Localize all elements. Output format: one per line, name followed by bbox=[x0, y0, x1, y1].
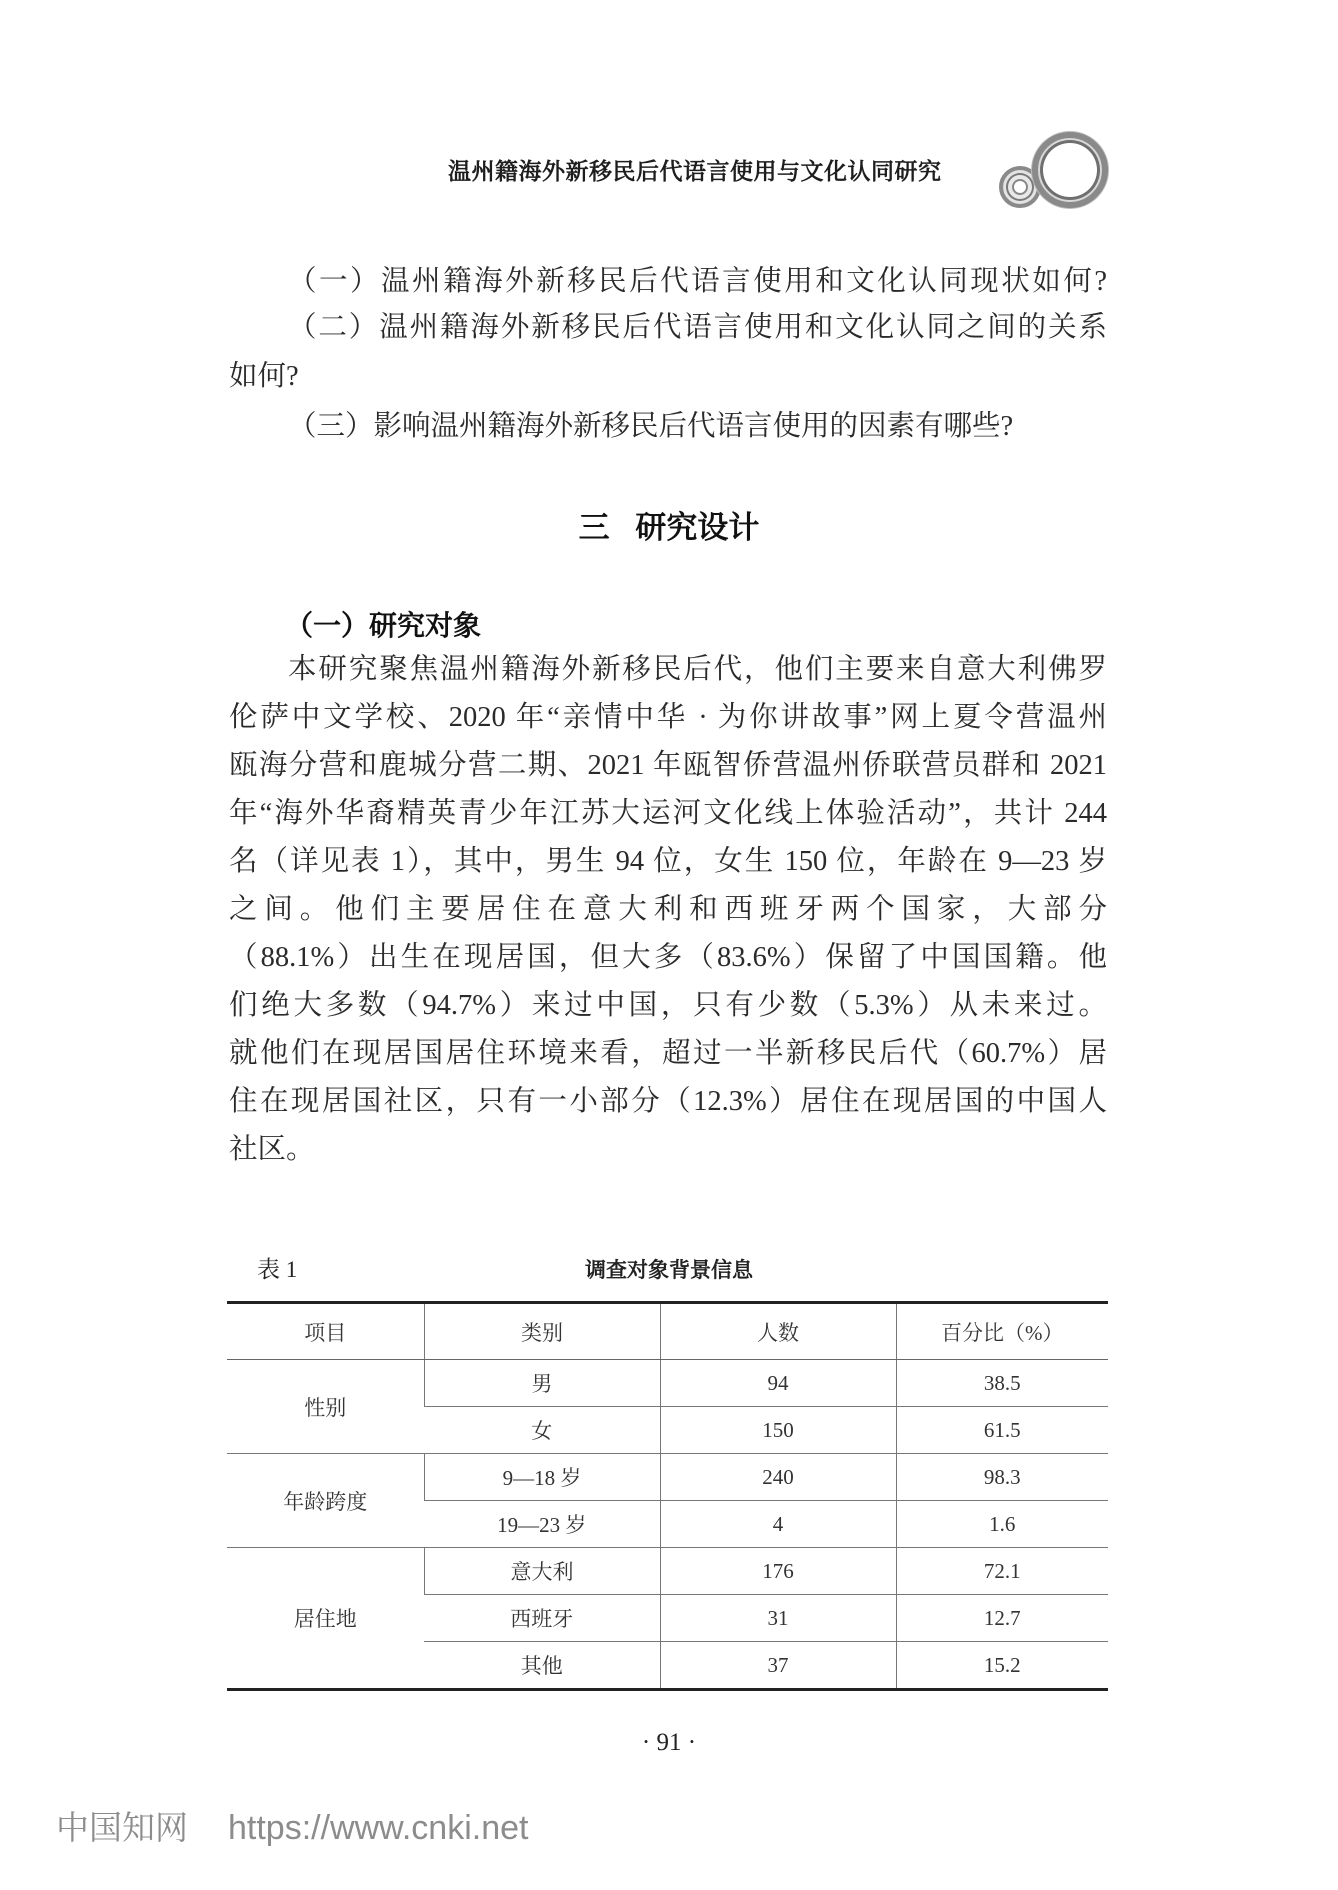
question-2: （二）温州籍海外新移民后代语言使用和文化认同之间的关系 bbox=[288, 308, 1107, 348]
sub-heading: （一）研究对象 bbox=[285, 607, 481, 647]
table-row: 年龄跨度 9—18 岁 240 98.3 bbox=[227, 1454, 1108, 1501]
table-row: 性别 男 94 38.5 bbox=[227, 1360, 1108, 1407]
column-header-category: 类别 bbox=[424, 1303, 660, 1360]
paragraph-line: 名（详见表 1），其中，男生 94 位，女生 150 位，年龄在 9—23 岁 bbox=[229, 842, 1107, 882]
count-cell: 4 bbox=[660, 1501, 896, 1548]
percent-cell: 61.5 bbox=[896, 1407, 1108, 1454]
column-header-item: 项目 bbox=[227, 1303, 424, 1360]
paragraph-line: 就他们在现居国居住环境来看，超过一半新移民后代（60.7%）居 bbox=[229, 1034, 1107, 1074]
watermark: 中国知网https://www.cnki.net bbox=[56, 1807, 528, 1849]
paragraph-line: （88.1%）出生在现居国，但大多（83.6%）保留了中国国籍。他 bbox=[229, 938, 1107, 978]
count-cell: 94 bbox=[660, 1360, 896, 1407]
watermark-url[interactable]: https://www.cnki.net bbox=[228, 1809, 528, 1847]
percent-cell: 72.1 bbox=[896, 1548, 1108, 1595]
count-cell: 31 bbox=[660, 1595, 896, 1642]
running-title: 温州籍海外新移民后代语言使用与文化认同研究 bbox=[448, 154, 942, 190]
section-heading: 三 研究设计 bbox=[0, 506, 1338, 550]
question-3: （三）影响温州籍海外新移民后代语言使用的因素有哪些? bbox=[288, 407, 1107, 447]
percent-cell: 12.7 bbox=[896, 1595, 1108, 1642]
paragraph-line: 年“海外华裔精英青少年江苏大运河文化线上体验活动”，共计 244 bbox=[229, 794, 1107, 834]
count-cell: 37 bbox=[660, 1642, 896, 1690]
paragraph-line: 伦萨中文学校、2020 年“亲情中华 · 为你讲故事”网上夏令营温州 bbox=[229, 698, 1107, 738]
paragraph-line: 社区。 bbox=[229, 1130, 1107, 1170]
paragraph-line: 之间。他们主要居住在意大利和西班牙两个国家，大部分 bbox=[229, 890, 1107, 930]
background-info-table: 项目 类别 人数 百分比（%） 性别 男 94 38.5 女 150 61.5 … bbox=[227, 1301, 1108, 1691]
question-1: （一）温州籍海外新移民后代语言使用和文化认同现状如何? bbox=[288, 262, 1107, 302]
group-label: 年龄跨度 bbox=[227, 1454, 424, 1548]
table-header-row: 项目 类别 人数 百分比（%） bbox=[227, 1303, 1108, 1360]
category-cell: 9—18 岁 bbox=[424, 1454, 660, 1501]
paragraph-line: 瓯海分营和鹿城分营二期、2021 年瓯智侨营温州侨联营员群和 2021 bbox=[229, 746, 1107, 786]
category-cell: 西班牙 bbox=[424, 1595, 660, 1642]
column-header-count: 人数 bbox=[660, 1303, 896, 1360]
count-cell: 150 bbox=[660, 1407, 896, 1454]
category-cell: 女 bbox=[424, 1407, 660, 1454]
percent-cell: 98.3 bbox=[896, 1454, 1108, 1501]
category-cell: 其他 bbox=[424, 1642, 660, 1690]
category-cell: 意大利 bbox=[424, 1548, 660, 1595]
question-2-continued: 如何? bbox=[229, 357, 1107, 397]
percent-cell: 38.5 bbox=[896, 1360, 1108, 1407]
group-label: 性别 bbox=[227, 1360, 424, 1454]
count-cell: 240 bbox=[660, 1454, 896, 1501]
column-header-percent: 百分比（%） bbox=[896, 1303, 1108, 1360]
category-cell: 男 bbox=[424, 1360, 660, 1407]
big-ring-icon bbox=[1032, 132, 1108, 208]
table-row: 居住地 意大利 176 72.1 bbox=[227, 1548, 1108, 1595]
table-caption: 调查对象背景信息 bbox=[0, 1254, 1338, 1286]
paragraph-line: 住在现居国社区，只有一小部分（12.3%）居住在现居国的中国人 bbox=[229, 1082, 1107, 1122]
paragraph-line: 们绝大多数（94.7%）来过中国，只有少数（5.3%）从未来过。 bbox=[229, 986, 1107, 1026]
count-cell: 176 bbox=[660, 1548, 896, 1595]
page-number: · 91 · bbox=[0, 1726, 1338, 1760]
percent-cell: 1.6 bbox=[896, 1501, 1108, 1548]
watermark-name: 中国知网 bbox=[56, 1808, 188, 1847]
percent-cell: 15.2 bbox=[896, 1642, 1108, 1690]
paragraph-line: 本研究聚焦温州籍海外新移民后代，他们主要来自意大利佛罗 bbox=[288, 650, 1107, 690]
group-label: 居住地 bbox=[227, 1548, 424, 1690]
category-cell: 19—23 岁 bbox=[424, 1501, 660, 1548]
